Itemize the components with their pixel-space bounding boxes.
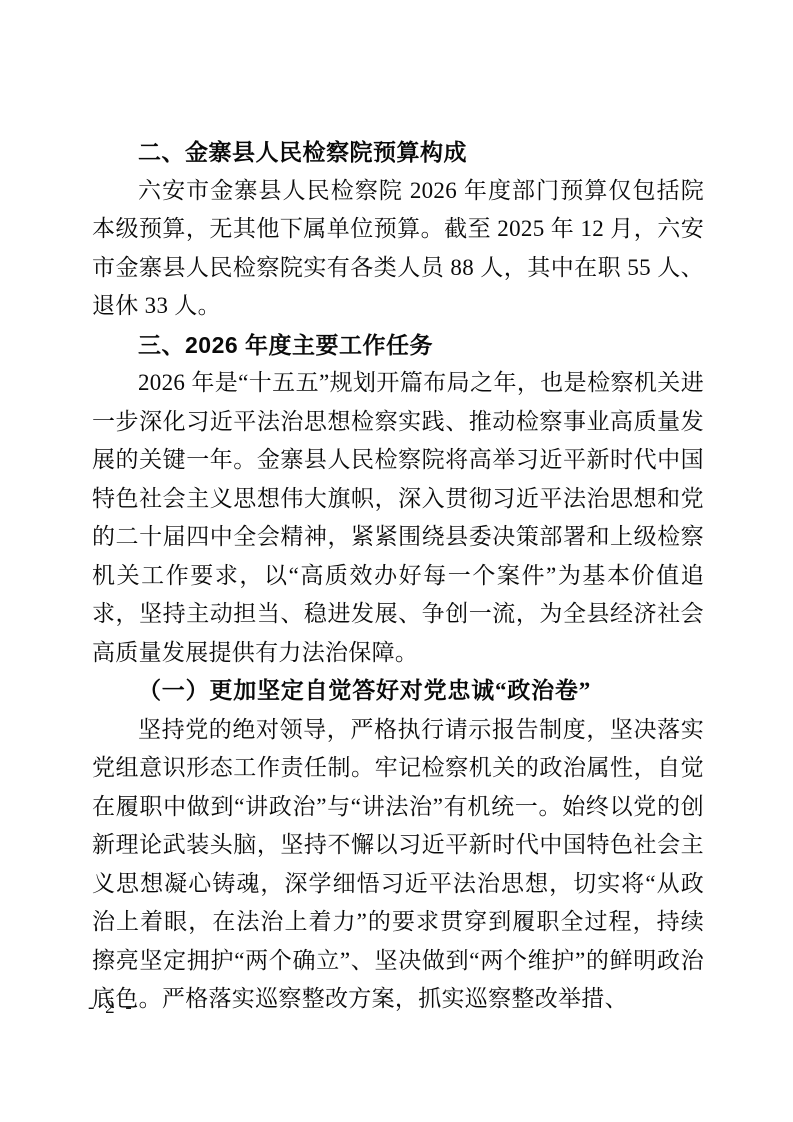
document-page: 二、金寨县人民检察院预算构成 六安市金寨县人民检察院 2026 年度部门预算仅包…	[0, 0, 793, 1122]
paragraph-budget-composition: 六安市金寨县人民检察院 2026 年度部门预算仅包括院本级预算，无其他下属单位预…	[92, 172, 704, 326]
page-number: - 2 -	[88, 997, 135, 1019]
document-body: 二、金寨县人民检察院预算构成 六安市金寨县人民检察院 2026 年度部门预算仅包…	[92, 133, 704, 1019]
paragraph-2026-overview: 2026 年是“十五五”规划开篇布局之年，也是检察机关进一步深化习近平法治思想检…	[92, 364, 704, 672]
section-heading-2026-tasks: 三、2026 年度主要工作任务	[92, 326, 704, 365]
section-heading-budget-composition: 二、金寨县人民检察院预算构成	[92, 133, 704, 172]
paragraph-political-loyalty: 坚持党的绝对领导，严格执行请示报告制度，坚决落实党组意识形态工作责任制。牢记检察…	[92, 711, 704, 1019]
subsection-heading-political-loyalty: （一）更加坚定自觉答好对党忠诚“政治卷”	[92, 672, 704, 711]
